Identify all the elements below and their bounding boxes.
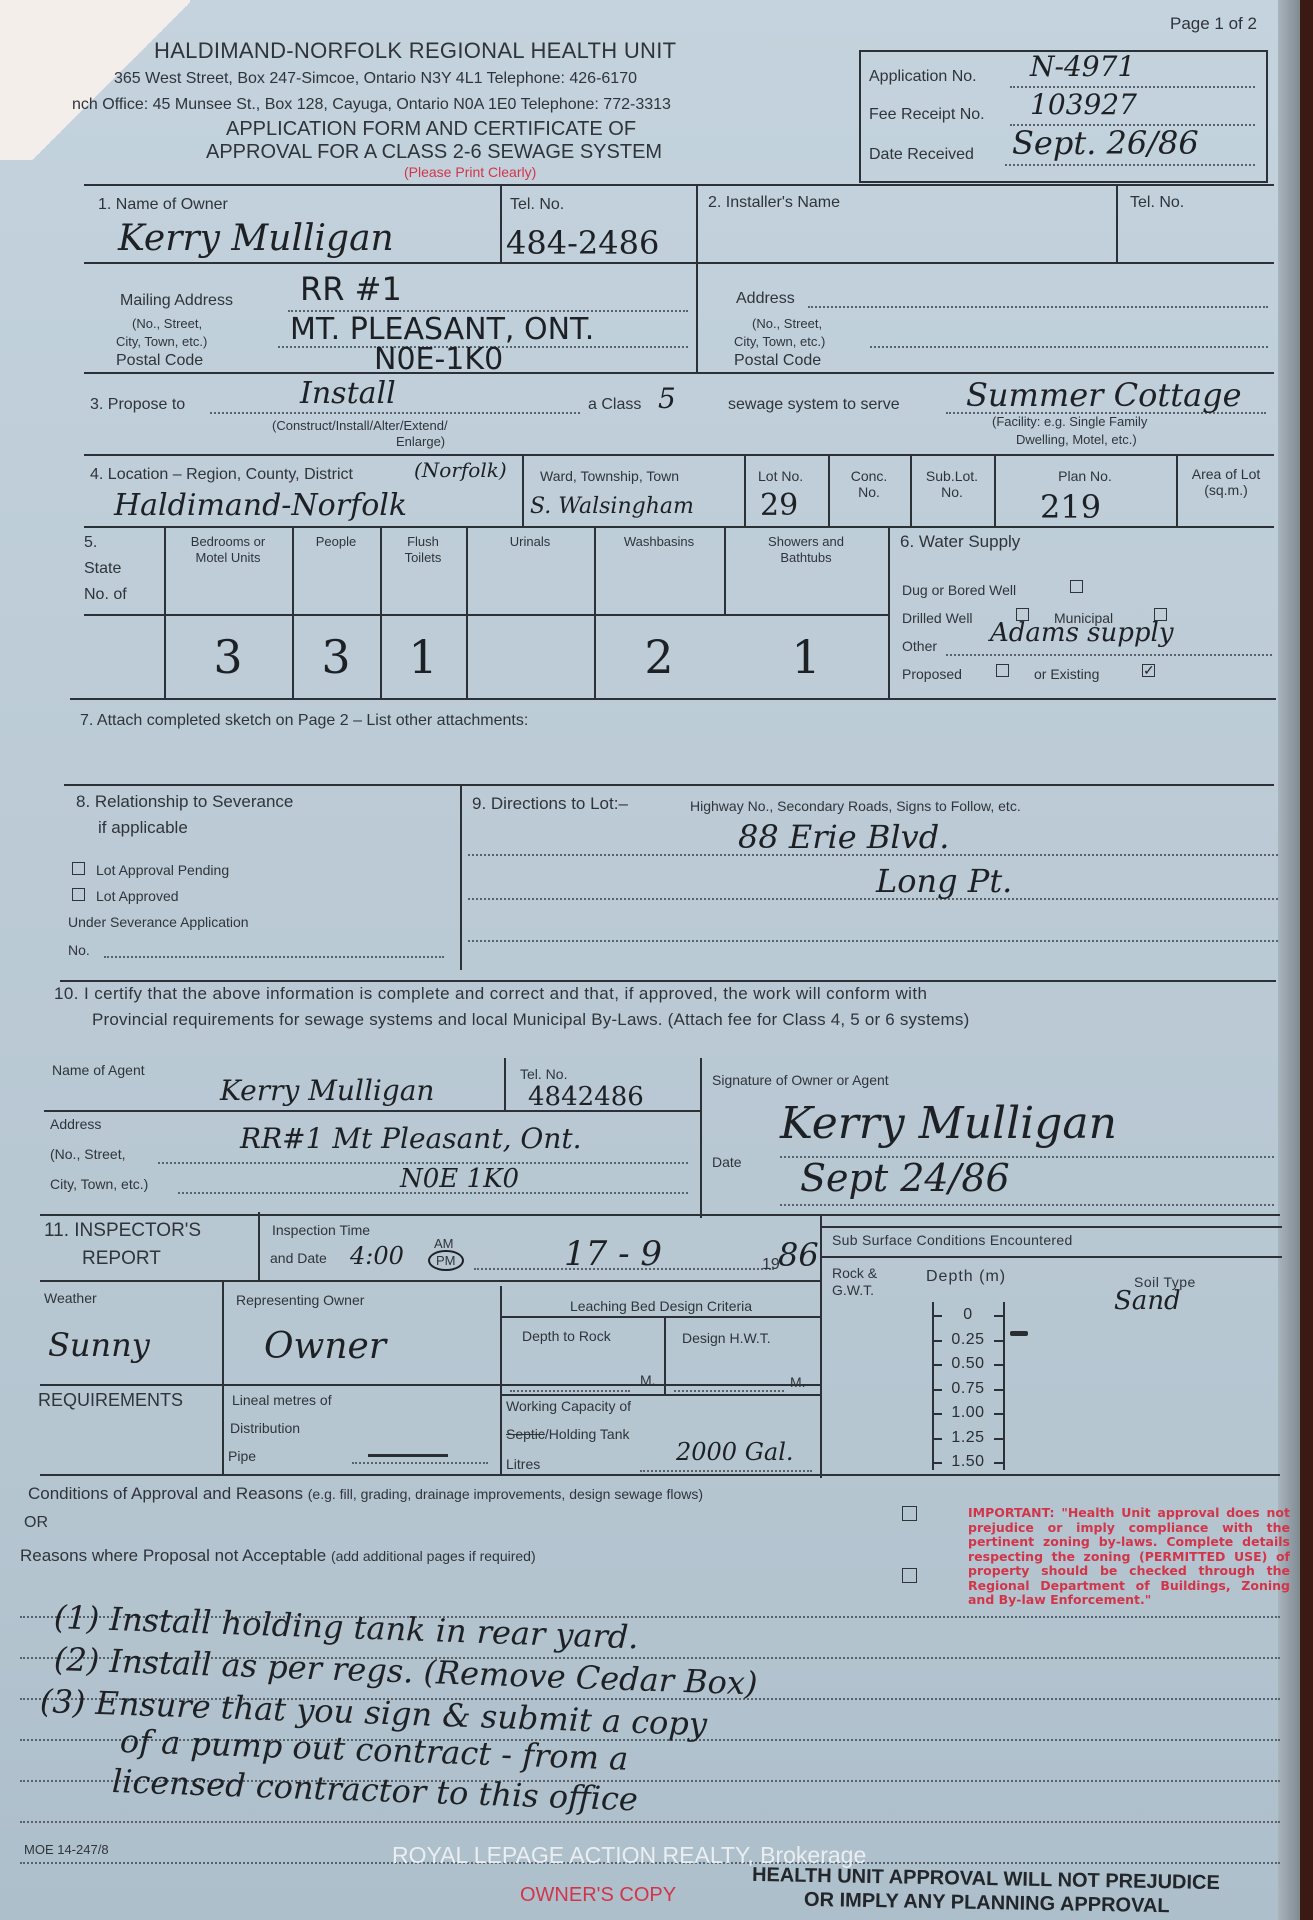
- depth-tick-label: 1.50: [940, 1453, 996, 1471]
- dotted-line: [780, 1204, 1274, 1206]
- pm-label-circled: PM: [428, 1250, 464, 1271]
- subsurface-title: Sub Surface Conditions Encountered: [832, 1232, 1073, 1248]
- serve-value[interactable]: Summer Cottage: [966, 376, 1242, 414]
- depth-tick-label: 0.25: [940, 1331, 996, 1349]
- print-clearly-note: (Please Print Clearly): [404, 164, 536, 180]
- soil-type-value[interactable]: Sand: [1114, 1286, 1181, 1316]
- representing-owner-value[interactable]: Owner: [264, 1326, 386, 1367]
- rule: [40, 1214, 1280, 1216]
- rule: [40, 1384, 822, 1386]
- rock-gwt-label2: G.W.T.: [832, 1282, 874, 1298]
- gwt-mark: [1010, 1331, 1028, 1336]
- dotted-line: [20, 1821, 1280, 1823]
- agent-address-line2[interactable]: N0E 1K0: [400, 1164, 519, 1194]
- depth-tick-label: 0: [940, 1306, 996, 1324]
- conc-no-label2: No.: [828, 484, 910, 500]
- propose-hint1: (Construct/Install/Alter/Extend/: [272, 418, 448, 433]
- lineal-metres-label2: Distribution: [230, 1420, 300, 1436]
- rule: [64, 784, 1274, 786]
- fixture-count-value[interactable]: 2: [594, 630, 724, 684]
- directions-hint: Highway No., Secondary Roads, Signs to F…: [690, 798, 1021, 814]
- rule: [84, 184, 1274, 186]
- existing-label: or Existing: [1034, 666, 1099, 682]
- dotted-line: [640, 1470, 812, 1472]
- dotted-line: [1005, 164, 1255, 166]
- reasons-label-text: Reasons where Proposal not Acceptable: [20, 1546, 326, 1565]
- severance-no-label: No.: [68, 942, 90, 958]
- conditions-label-text: Conditions of Approval and Reasons: [28, 1484, 303, 1503]
- depth-to-rock-label: Depth to Rock: [522, 1328, 611, 1344]
- owners-copy-label: OWNER'S COPY: [520, 1884, 676, 1907]
- class-label: a Class: [588, 396, 641, 414]
- rule: [40, 1474, 1280, 1476]
- installer-postal-label: Postal Code: [734, 352, 821, 370]
- dotted-line: [468, 898, 1278, 900]
- working-capacity-label: Working Capacity of: [506, 1398, 631, 1414]
- agent-address-hint1: (No., Street,: [50, 1146, 125, 1162]
- state-no-label2: State: [84, 560, 121, 578]
- requirements-label: REQUIREMENTS: [38, 1390, 183, 1411]
- litres-label: Litres: [506, 1456, 540, 1472]
- fixture-header-sub: Bathtubs: [724, 550, 888, 565]
- fixture-header-sub: Toilets: [380, 550, 466, 565]
- depth-tick-label: 0.50: [940, 1355, 996, 1373]
- inspector-title2: REPORT: [82, 1248, 161, 1270]
- fixture-header: People: [292, 534, 380, 549]
- conditions-checkbox[interactable]: [902, 1506, 917, 1521]
- facility-hint1: (Facility: e.g. Single Family: [992, 414, 1147, 429]
- lineal-metres-label3: Pipe: [228, 1448, 256, 1464]
- state-no-label1: 5.: [84, 534, 97, 552]
- depth-tick-label: 0.75: [940, 1380, 996, 1398]
- fixture-header: Showers and: [724, 534, 888, 549]
- rule: [994, 454, 996, 526]
- lineal-metres-input: [352, 1462, 488, 1464]
- postal-code-value[interactable]: N0E-1K0: [374, 342, 503, 377]
- plan-no-label: Plan No.: [994, 468, 1176, 484]
- propose-label: 3. Propose to: [90, 396, 185, 414]
- severance-title2: if applicable: [98, 818, 188, 838]
- dotted-line: [468, 940, 1278, 942]
- fixture-count-value[interactable]: 1: [380, 630, 466, 684]
- rule: [460, 784, 462, 970]
- agent-address-line1[interactable]: RR#1 Mt Pleasant, Ont.: [240, 1122, 582, 1155]
- agent-name-label: Name of Agent: [52, 1062, 145, 1078]
- lineal-metres-label1: Lineal metres of: [232, 1392, 332, 1408]
- rule: [466, 526, 468, 698]
- form-title-line2: APPROVAL FOR A CLASS 2-6 SEWAGE SYSTEM: [206, 141, 662, 164]
- rule: [84, 526, 1274, 528]
- depth-scale-right-rule: [1003, 1302, 1005, 1470]
- rule: [84, 454, 1274, 456]
- installer-name-label: 2. Installer's Name: [708, 194, 840, 212]
- directions-line2[interactable]: Long Pt.: [876, 862, 1012, 900]
- owner-tel-label: Tel. No.: [510, 196, 564, 214]
- lot-pending-label: Lot Approval Pending: [96, 862, 229, 878]
- certify-line2: Provincial requirements for sewage syste…: [92, 1010, 969, 1030]
- lot-pending-checkbox[interactable]: [72, 862, 85, 875]
- conditions-label: Conditions of Approval and Reasons (e.g.…: [28, 1484, 703, 1504]
- depth-to-rock-input: [510, 1390, 630, 1392]
- fixture-count-value[interactable]: 3: [292, 630, 380, 684]
- lot-no-value[interactable]: 29: [760, 488, 798, 523]
- location-value[interactable]: Haldimand-Norfolk: [114, 488, 407, 523]
- under-severance-label: Under Severance Application: [68, 914, 249, 930]
- other-label: Other: [902, 638, 937, 654]
- inspection-date-value[interactable]: 17 - 9: [564, 1234, 662, 1274]
- rock-gwt-label1: Rock &: [832, 1266, 877, 1281]
- rule: [522, 454, 524, 526]
- dash-stroke-entry: [368, 1454, 448, 1457]
- installer-tel-label: Tel. No.: [1130, 194, 1184, 212]
- organization-name: HALDIMAND-NORFOLK REGIONAL HEALTH UNIT: [154, 38, 676, 64]
- location-label: 4. Location – Region, County, District: [90, 466, 353, 484]
- installer-address-hint1: (No., Street,: [752, 316, 822, 331]
- rule: [888, 526, 890, 700]
- lot-approved-checkbox[interactable]: [72, 888, 85, 901]
- fixture-header: Urinals: [466, 534, 594, 549]
- proposed-checkbox[interactable]: [996, 664, 1009, 677]
- inspector-title1: 11. INSPECTOR'S: [44, 1220, 201, 1242]
- proposed-label: Proposed: [902, 666, 962, 682]
- rule: [822, 1226, 1282, 1228]
- inspection-time-label1: Inspection Time: [272, 1222, 370, 1238]
- reasons-label: Reasons where Proposal not Acceptable (a…: [20, 1546, 536, 1566]
- rule: [40, 1280, 822, 1282]
- mailing-address-hint2: City, Town, etc.): [116, 334, 207, 349]
- rule: [504, 1058, 506, 1112]
- form-code: MOE 14-247/8: [24, 1842, 109, 1857]
- plan-no-value[interactable]: 219: [1040, 488, 1101, 526]
- other-value[interactable]: Adams supply: [990, 618, 1174, 648]
- depth-to-rock-unit: M.: [640, 1372, 656, 1388]
- inspection-time-value[interactable]: 4:00: [350, 1242, 404, 1270]
- conditions-hint: (e.g. fill, grading, drainage improvemen…: [308, 1486, 703, 1502]
- agent-name-value[interactable]: Kerry Mulligan: [220, 1074, 434, 1107]
- fixture-count-value[interactable]: 3: [164, 630, 292, 684]
- reasons-checkbox[interactable]: [902, 1568, 917, 1583]
- paper-edge: [1278, 0, 1300, 1920]
- signature-label: Signature of Owner or Agent: [712, 1072, 889, 1088]
- depth-tick-label: 1.00: [940, 1404, 996, 1422]
- form-title-line1: APPLICATION FORM AND CERTIFICATE OF: [226, 118, 636, 141]
- rule: [500, 1394, 822, 1396]
- rule: [70, 698, 1276, 700]
- date-received-label: Date Received: [869, 146, 974, 164]
- dotted-line: [210, 412, 580, 414]
- ward-label: Ward, Township, Town: [540, 468, 679, 484]
- date-label: Date: [712, 1154, 742, 1170]
- area-of-lot-label1: Area of Lot: [1176, 466, 1276, 482]
- existing-checkbox[interactable]: ✓: [1142, 664, 1155, 677]
- signature-date-value[interactable]: Sept 24/86: [800, 1156, 1010, 1200]
- rule: [500, 1316, 822, 1318]
- dotted-line: [946, 654, 1272, 656]
- page-indicator: Page 1 of 2: [1170, 14, 1257, 34]
- weather-label: Weather: [44, 1290, 97, 1306]
- agent-tel-label: Tel. No.: [520, 1066, 567, 1082]
- application-no-value[interactable]: N-4971: [1030, 50, 1135, 83]
- design-hwt-input: [674, 1390, 784, 1392]
- mailing-address-hint1: (No., Street,: [132, 316, 202, 331]
- weather-value[interactable]: Sunny: [48, 1326, 150, 1364]
- water-supply-title: 6. Water Supply: [900, 532, 1020, 552]
- rule: [700, 1058, 702, 1218]
- owner-tel-value[interactable]: 484-2486: [506, 224, 659, 262]
- representing-owner-label: Representing Owner: [236, 1292, 364, 1308]
- rule: [820, 1214, 822, 1478]
- dotted-line: [870, 346, 1268, 348]
- reasons-hint: (add additional pages if required): [331, 1548, 536, 1564]
- serve-label: sewage system to serve: [728, 396, 900, 414]
- address-line: 365 West Street, Box 247-Simcoe, Ontario…: [114, 70, 637, 88]
- agent-tel-value[interactable]: 4842486: [528, 1082, 644, 1112]
- area-of-lot-label2: (sq.m.): [1176, 482, 1276, 498]
- rule: [1116, 184, 1118, 264]
- agent-address-label: Address: [50, 1116, 101, 1132]
- rule: [60, 980, 1276, 982]
- certify-line1: 10. I certify that the above information…: [54, 984, 927, 1004]
- dug-well-label: Dug or Bored Well: [902, 582, 1016, 598]
- state-no-label3: No. of: [84, 586, 127, 604]
- dotted-line: [808, 306, 1268, 308]
- rule: [822, 1256, 1282, 1258]
- rule: [222, 1280, 224, 1476]
- design-hwt-unit: M.: [790, 1374, 806, 1390]
- installer-address-label: Address: [736, 290, 795, 308]
- ward-value[interactable]: S. Walsingham: [530, 494, 694, 519]
- postal-code-label: Postal Code: [116, 352, 203, 370]
- directions-title: 9. Directions to Lot:–: [472, 794, 628, 814]
- depth-tick-label: 1.25: [940, 1429, 996, 1447]
- owner-name-value[interactable]: Kerry Mulligan: [118, 218, 394, 259]
- inspection-year-value[interactable]: 86: [778, 1236, 819, 1274]
- rule: [84, 614, 890, 616]
- fee-receipt-label: Fee Receipt No.: [869, 106, 985, 124]
- fixture-count-value[interactable]: 1: [724, 630, 888, 684]
- holding-tank-label: Septic/Holding Tank: [506, 1426, 630, 1442]
- propose-hint2: Enlarge): [396, 434, 445, 449]
- form-sheet: Page 1 of 2 HALDIMAND-NORFOLK REGIONAL H…: [0, 0, 1300, 1920]
- fixture-header: Washbasins: [594, 534, 724, 549]
- agent-address-hint2: City, Town, etc.): [50, 1176, 148, 1192]
- fixture-header: Flush: [380, 534, 466, 549]
- important-notice: IMPORTANT: "Health Unit approval does no…: [968, 1506, 1290, 1608]
- litres-value[interactable]: 2000 Gal.: [676, 1438, 794, 1466]
- rule: [500, 184, 502, 264]
- inspection-time-label2: and Date: [270, 1250, 327, 1266]
- am-label: AM: [434, 1236, 454, 1251]
- fee-receipt-value[interactable]: 103927: [1030, 88, 1137, 121]
- owner-name-label: 1. Name of Owner: [98, 196, 228, 214]
- rule: [696, 184, 698, 374]
- mailing-address-line1[interactable]: RR #1: [300, 270, 402, 308]
- lot-approved-label: Lot Approved: [96, 888, 179, 904]
- depth-scale-left-rule: [932, 1302, 934, 1470]
- mailing-address-label: Mailing Address: [120, 292, 233, 310]
- directions-line1[interactable]: 88 Erie Blvd.: [738, 818, 949, 856]
- rule: [664, 1318, 666, 1396]
- installer-address-hint2: City, Town, etc.): [734, 334, 825, 349]
- holding-tank-text: /Holding Tank: [545, 1426, 630, 1442]
- branch-office-line: nch Office: 45 Munsee St., Box 128, Cayu…: [72, 96, 671, 114]
- dug-well-checkbox[interactable]: [1070, 580, 1083, 593]
- signature-value[interactable]: Kerry Mulligan: [780, 1098, 1117, 1149]
- severance-no-input: [104, 956, 444, 958]
- fixture-header-sub: Motel Units: [164, 550, 292, 565]
- severance-title1: 8. Relationship to Severance: [76, 792, 293, 812]
- sublot-label2: No.: [910, 484, 994, 500]
- conc-no-label1: Conc.: [828, 468, 910, 484]
- application-no-label: Application No.: [869, 68, 977, 86]
- design-hwt-label: Design H.W.T.: [682, 1330, 771, 1346]
- sublot-label1: Sub.Lot.: [910, 468, 994, 484]
- propose-value[interactable]: Install: [300, 376, 396, 411]
- class-value[interactable]: 5: [658, 382, 676, 415]
- location-note: (Norfolk): [414, 458, 507, 482]
- rule: [84, 372, 1274, 374]
- or-label: OR: [24, 1514, 48, 1532]
- septic-struck-label: Septic: [506, 1426, 545, 1442]
- rule: [84, 262, 1274, 264]
- fixture-header: Bedrooms or: [164, 534, 292, 549]
- rule: [500, 1286, 502, 1476]
- leaching-bed-label: Leaching Bed Design Criteria: [500, 1298, 822, 1314]
- facility-hint2: Dwelling, Motel, etc.): [1016, 432, 1137, 447]
- lot-no-label: Lot No.: [758, 468, 803, 484]
- attachments-label: 7. Attach completed sketch on Page 2 – L…: [80, 712, 528, 730]
- rule: [744, 454, 746, 526]
- depth-label: Depth (m): [926, 1268, 1006, 1286]
- drilled-well-label: Drilled Well: [902, 610, 973, 626]
- rule: [258, 1212, 260, 1282]
- date-received-value[interactable]: Sept. 26/86: [1012, 124, 1199, 162]
